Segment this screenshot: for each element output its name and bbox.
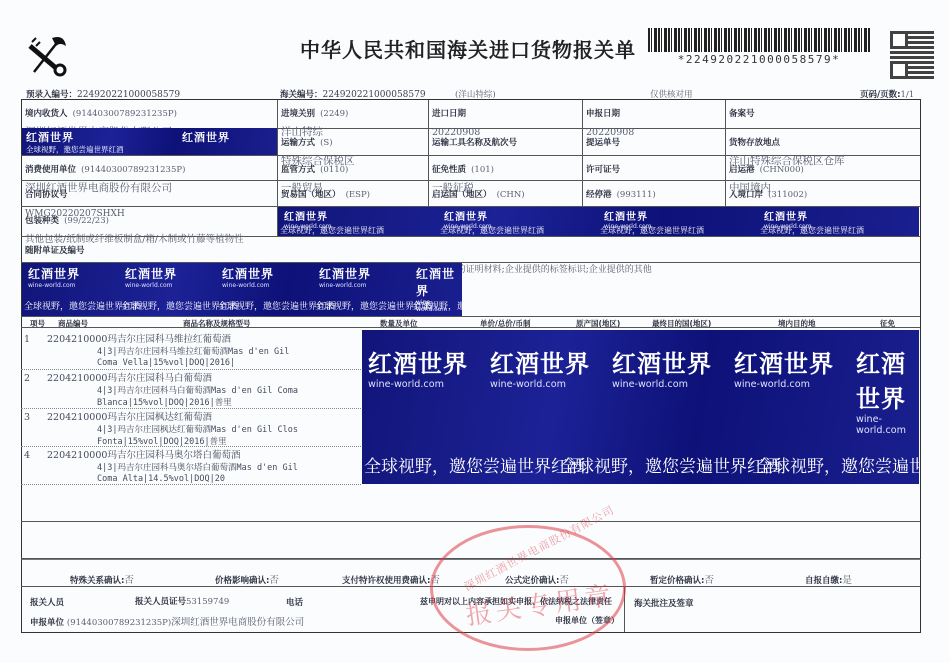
declaring-unit-label: 申报单位 — [30, 618, 64, 628]
document-title: 中华人民共和国海关进口货物报关单 — [300, 34, 636, 63]
goods-spec-1: 4|3|玛吉尔庄园科马奥尔塔白葡萄酒Mas d'en Gil — [24, 463, 298, 473]
contract-no-label: 合同协议号 — [25, 190, 68, 200]
package-type-label: 包装种类 — [25, 216, 59, 226]
departure-port-label: 启运港 — [729, 165, 755, 175]
watermark-brand: 红酒世界 — [125, 265, 177, 282]
trade-country-code: (ESP) — [346, 190, 370, 200]
watermark-slogan: 全球视野，邀您尝遍世界红酒 — [600, 225, 704, 236]
watermark-brand: 红酒世界 — [284, 208, 331, 223]
consignee-code: (91440300789231235P) — [73, 109, 177, 119]
field-bill-no: 提运单号 — [586, 130, 620, 149]
entry-port-code: (311002) — [768, 190, 807, 200]
watermark-brand: 红酒世界 — [222, 265, 274, 282]
bill-no-label: 提运单号 — [586, 138, 620, 148]
col-header-quantity: 数量及单位 — [380, 318, 418, 329]
phone-label: 电话 — [286, 596, 303, 608]
watermark-site: wine-world.com — [319, 282, 371, 289]
watermark-slogan: 全球视野，邀您尝遍世界红酒 — [280, 225, 384, 236]
watermark-brand: 红酒世界 — [490, 344, 590, 379]
col-header-domestic-dest: 境内目的地 — [778, 318, 816, 329]
hs-code: 2204210000 — [47, 450, 107, 461]
watermark-brand: 红酒世界 — [319, 265, 371, 282]
col-header-price: 单价/总价/币制 — [480, 318, 530, 329]
entry-port-label: 入境口岸 — [729, 190, 763, 200]
goods-name: 玛吉尔庄园枫达红葡萄酒 — [107, 412, 212, 423]
watermark-brand: 红酒世界 — [28, 265, 80, 282]
record-no-label: 备案号 — [729, 109, 755, 119]
consumer-label: 消费使用单位 — [25, 165, 76, 175]
table-row: 22204210000玛吉尔庄园科马白葡萄酒4|3|玛吉尔庄园科马白葡萄酒Mas… — [24, 370, 298, 408]
qr-code-icon — [890, 31, 934, 79]
storage-place-label: 货物存放地点 — [729, 138, 780, 148]
col-header-item-no: 项号 — [30, 318, 45, 329]
barcode — [648, 28, 870, 52]
declarant-label: 报关人员 — [30, 596, 64, 608]
watermark-brand: 红酒世界 — [604, 208, 651, 223]
declaring-unit-code: (91440300789231235P) — [67, 618, 171, 628]
import-date-label: 进口日期 — [432, 109, 466, 119]
item-no: 2 — [24, 373, 47, 384]
hs-code: 2204210000 — [47, 334, 107, 345]
declarant-cert-no: 53159749 — [186, 597, 229, 607]
watermark-banner: 红酒世界 红酒世界 全球视野，邀您尝遍世界红酒 — [22, 128, 277, 155]
declaring-unit: 申报单位 (91440300789231235P)深圳红酒世界电商股份有限公司 — [30, 614, 304, 628]
consignee-label: 境内收货人 — [25, 109, 68, 119]
watermark-slogan: 全球视野，邀您尝遍世界红酒 — [560, 452, 781, 477]
hs-code: 2204210000 — [47, 412, 107, 423]
table-row: 32204210000玛吉尔庄园枫达红葡萄酒4|3|玛吉尔庄园枫达红葡萄酒Mas… — [24, 409, 298, 447]
goods-spec-2: Fonta|15%vol|DOQ|2016|普里 — [24, 437, 227, 447]
watermark-banner: 红酒世界wine-world.com红酒世界wine-world.com红酒世界… — [22, 263, 462, 316]
watermark-brand: 红酒世界 — [416, 265, 462, 299]
watermark-site: wine-world.com — [28, 282, 80, 289]
watermark-brand: 红酒世界 — [764, 208, 811, 223]
watermark-slogan: 全球视野，邀您尝遍世界红酒 — [364, 452, 585, 477]
watermark-brand: 红酒世界 — [444, 208, 491, 223]
transport-name-label: 运输工具名称及航次号 — [432, 138, 517, 148]
departure-country-code: (CHN) — [497, 190, 525, 200]
watermark-site: wine-world.com — [490, 379, 590, 390]
watermark-site: wine-world.com — [368, 379, 468, 390]
goods-name: 玛吉尔庄园科马奥尔塔白葡萄酒 — [107, 450, 240, 461]
watermark-site: wine-world.com — [125, 282, 177, 289]
attached-docs-label: 随附单证及编号 — [25, 246, 85, 256]
supervision-label: 监管方式 — [281, 165, 315, 175]
customs-emblem-icon — [26, 32, 72, 78]
item-no: 4 — [24, 450, 47, 461]
hs-code: 2204210000 — [47, 373, 107, 384]
watermark-slogan: 全球视野，邀您尝遍世界红酒 — [26, 144, 124, 155]
col-header-tax: 征免 — [880, 318, 895, 329]
customs-sign-label: 海关批注及签章 — [634, 597, 694, 609]
watermark-brand: 红酒世界 — [734, 344, 834, 379]
goods-spec-2: Coma Alta|14.5%vol|DOQ|20 — [24, 474, 225, 484]
watermark-site: wine-world.com — [734, 379, 834, 390]
departure-country-label: 启运国（地区） — [432, 190, 492, 200]
watermark-site: wine-world.com — [612, 379, 712, 390]
declare-date-label: 申报日期 — [586, 109, 620, 119]
declarant-cert: 报关人员证号53159749 — [135, 595, 229, 607]
watermark-slogan: 全球视野，邀您尝遍世界红酒 — [756, 452, 919, 477]
field-transport-name: 运输工具名称及航次号 — [432, 130, 517, 149]
goods-name: 玛吉尔庄园科马白葡萄酒 — [107, 373, 212, 384]
supervision-code: (0110) — [320, 165, 348, 175]
field-record-no: 备案号 — [729, 101, 755, 120]
declaring-unit-name: 深圳红酒世界电商股份有限公司 — [171, 617, 304, 628]
goods-spec-2: Blanca|15%vol|DOQ|2016|普里 — [24, 398, 232, 408]
transport-mode-label: 运输方式 — [281, 138, 315, 148]
goods-spec-1: 4|3|玛吉尔庄园枫达红葡萄酒Mas d'en Gil Clos — [24, 425, 298, 435]
goods-spec-1: 4|3|玛吉尔庄园科马白葡萄酒Mas d'en Gil Coma — [24, 386, 298, 396]
watermark-slogan: 全球视野，邀您尝遍世界红酒 — [760, 225, 864, 236]
transport-mode-code: (S) — [320, 138, 332, 148]
table-row: 12204210000玛吉尔庄园科马维拉红葡萄酒4|3|玛吉尔庄园科马维拉红葡萄… — [24, 331, 289, 368]
watermark-banner: 红酒世界wine-world.com红酒世界wine-world.com红酒世界… — [362, 330, 919, 484]
barcode-number: *224920221000058579* — [648, 53, 870, 66]
watermark-brand: 红酒世界 — [856, 344, 919, 414]
watermark-site: wine-world.com — [222, 282, 274, 289]
col-header-hs-code: 商品编号 — [58, 318, 88, 329]
trade-country-label: 贸易国（地区） — [281, 190, 341, 200]
watermark-brand: 红酒世界 — [612, 344, 712, 379]
goods-name: 玛吉尔庄园科马维拉红葡萄酒 — [107, 334, 231, 345]
field-license-no: 许可证号 — [586, 157, 620, 176]
transit-port-label: 经停港 — [586, 190, 612, 200]
watermark-banner: 红酒世界wine-world.com红酒世界wine-world.com红酒世界… — [278, 207, 919, 236]
package-type-code: (99/22/23) — [64, 216, 109, 226]
goods-spec-1: 4|3|玛吉尔庄园科马维拉红葡萄酒Mas d'en Gil — [24, 347, 289, 357]
col-header-destination: 最终目的国(地区) — [652, 318, 711, 329]
item-no: 1 — [24, 334, 47, 345]
entry-customs-label: 进境关别 — [281, 109, 315, 119]
col-header-goods-name: 商品名称及规格型号 — [183, 318, 251, 329]
watermark-slogan: 全球视野，邀您尝遍世界红酒 — [440, 225, 544, 236]
transit-port-code: (993111) — [617, 190, 656, 200]
declarant-cert-label: 报关人员证号 — [135, 597, 186, 607]
watermark-brand: 红酒世界 — [368, 344, 468, 379]
consumer-code: (91440300789231235P) — [81, 165, 185, 175]
entry-customs-code: (2249) — [320, 109, 348, 119]
license-no-label: 许可证号 — [586, 165, 620, 175]
table-row: 42204210000玛吉尔庄园科马奥尔塔白葡萄酒4|3|玛吉尔庄园科马奥尔塔白… — [24, 447, 298, 484]
tax-nature-label: 征免性质 — [432, 165, 466, 175]
goods-spec-2: Coma Vella|15%vol|DOQ|2016| — [24, 358, 235, 368]
col-header-origin: 原产国(地区) — [576, 318, 620, 329]
watermark-brand: 红酒世界 — [182, 129, 230, 145]
watermark-site: wine-world.com — [856, 414, 919, 436]
watermark-slogan: 全球视野，邀您尝遍世界红酒 — [412, 299, 462, 312]
departure-port-code: (CHN000) — [760, 165, 804, 175]
tax-nature-code: (101) — [471, 165, 494, 175]
watermark-brand: 红酒世界 — [26, 129, 74, 145]
item-no: 3 — [24, 412, 47, 423]
